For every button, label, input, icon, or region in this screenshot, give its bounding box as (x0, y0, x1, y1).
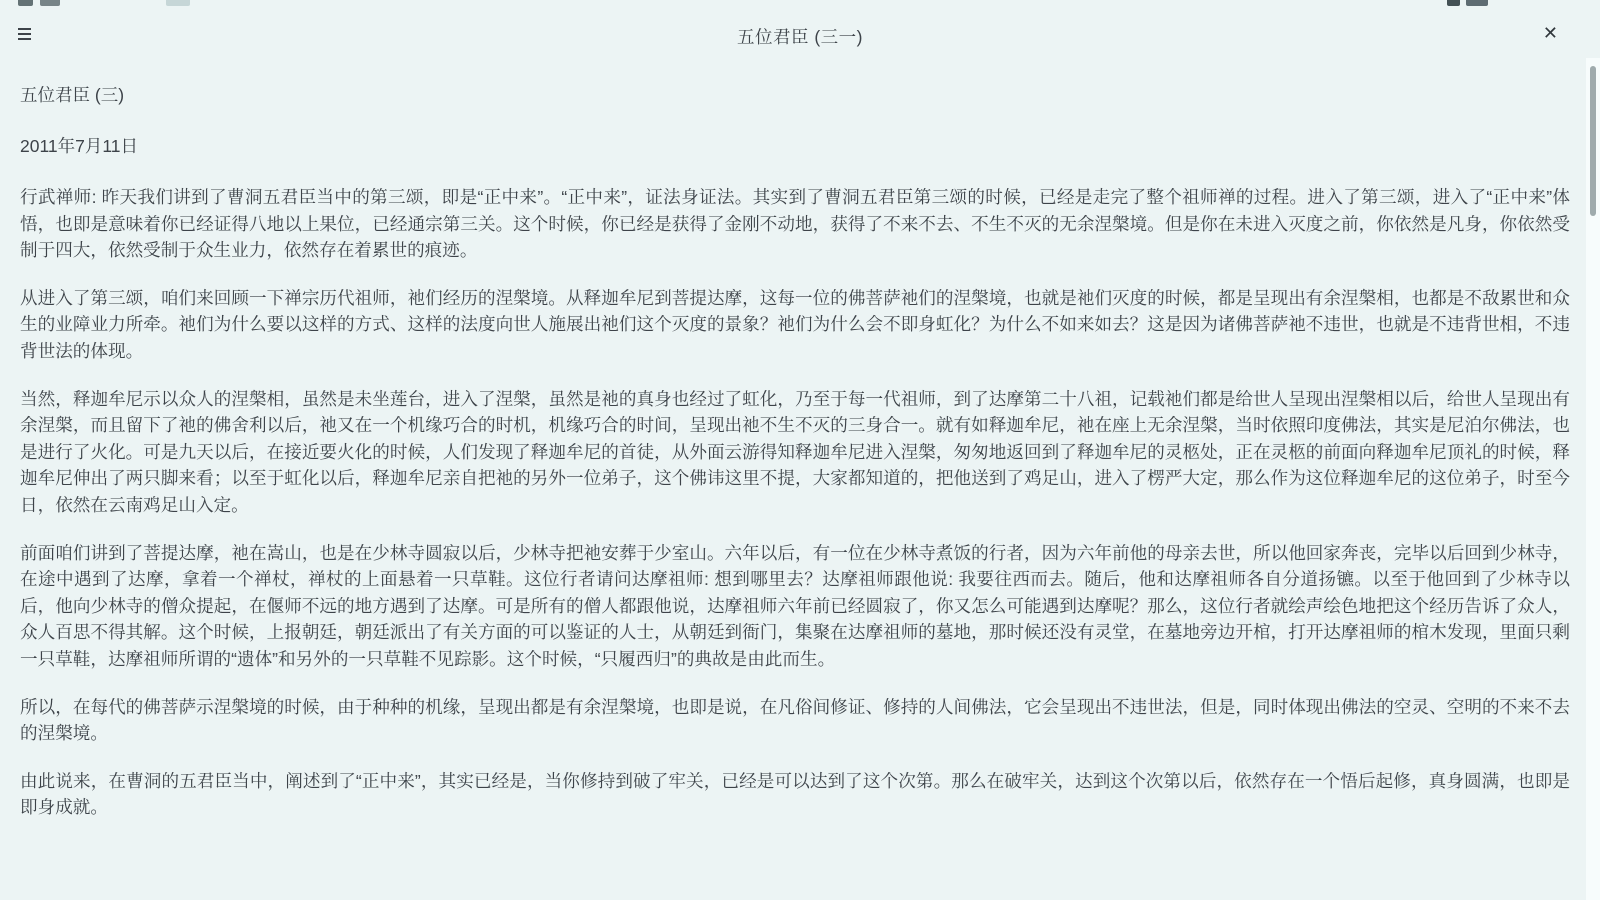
document-heading: 五位君臣 (三) (20, 82, 1570, 107)
status-bar-remnant (166, 0, 190, 6)
status-bar-remnant (1447, 0, 1460, 6)
scrollbar-track[interactable] (1586, 58, 1600, 900)
paragraph: 行武禅师: 昨天我们讲到了曹洞五君臣当中的第三颂，即是“正中来”。“正中来”，证… (20, 184, 1570, 264)
status-bar-remnant (40, 0, 60, 6)
paragraph: 当然，释迦牟尼示以众人的涅槃相，虽然是未坐莲台，进入了涅槃，虽然是祂的真身也经过… (20, 386, 1570, 519)
status-bar-remnant (18, 0, 33, 6)
paragraph: 从进入了第三颂，咱们来回顾一下禅宗历代祖师，祂们经历的涅槃境。从释迦牟尼到菩提达… (20, 285, 1570, 365)
paragraph: 前面咱们讲到了菩提达摩，祂在嵩山，也是在少林寺圆寂以后，少林寺把祂安葬于少室山。… (20, 540, 1570, 673)
scrollbar-thumb[interactable] (1590, 66, 1596, 216)
paragraph-list: 行武禅师: 昨天我们讲到了曹洞五君臣当中的第三颂，即是“正中来”。“正中来”，证… (20, 184, 1570, 821)
document-content: 五位君臣 (三) 2011年7月11日 行武禅师: 昨天我们讲到了曹洞五君臣当中… (20, 82, 1570, 900)
status-bar-remnant (1466, 0, 1488, 6)
paragraph: 所以，在每代的佛菩萨示涅槃境的时候，由于种种的机缘，呈现出都是有余涅槃境，也即是… (20, 694, 1570, 747)
app-window: { "window": { "title": "五位君臣 (三一)", "clo… (0, 0, 1600, 900)
header-bar: 五位君臣 (三一) ✕ (0, 14, 1600, 62)
window-title: 五位君臣 (三一) (0, 24, 1600, 49)
close-icon[interactable]: ✕ (1543, 22, 1558, 44)
paragraph: 由此说来，在曹洞的五君臣当中，阐述到了“正中来”，其实已经是，当你修持到破了牢关… (20, 768, 1570, 821)
document-date: 2011年7月11日 (20, 133, 1570, 158)
